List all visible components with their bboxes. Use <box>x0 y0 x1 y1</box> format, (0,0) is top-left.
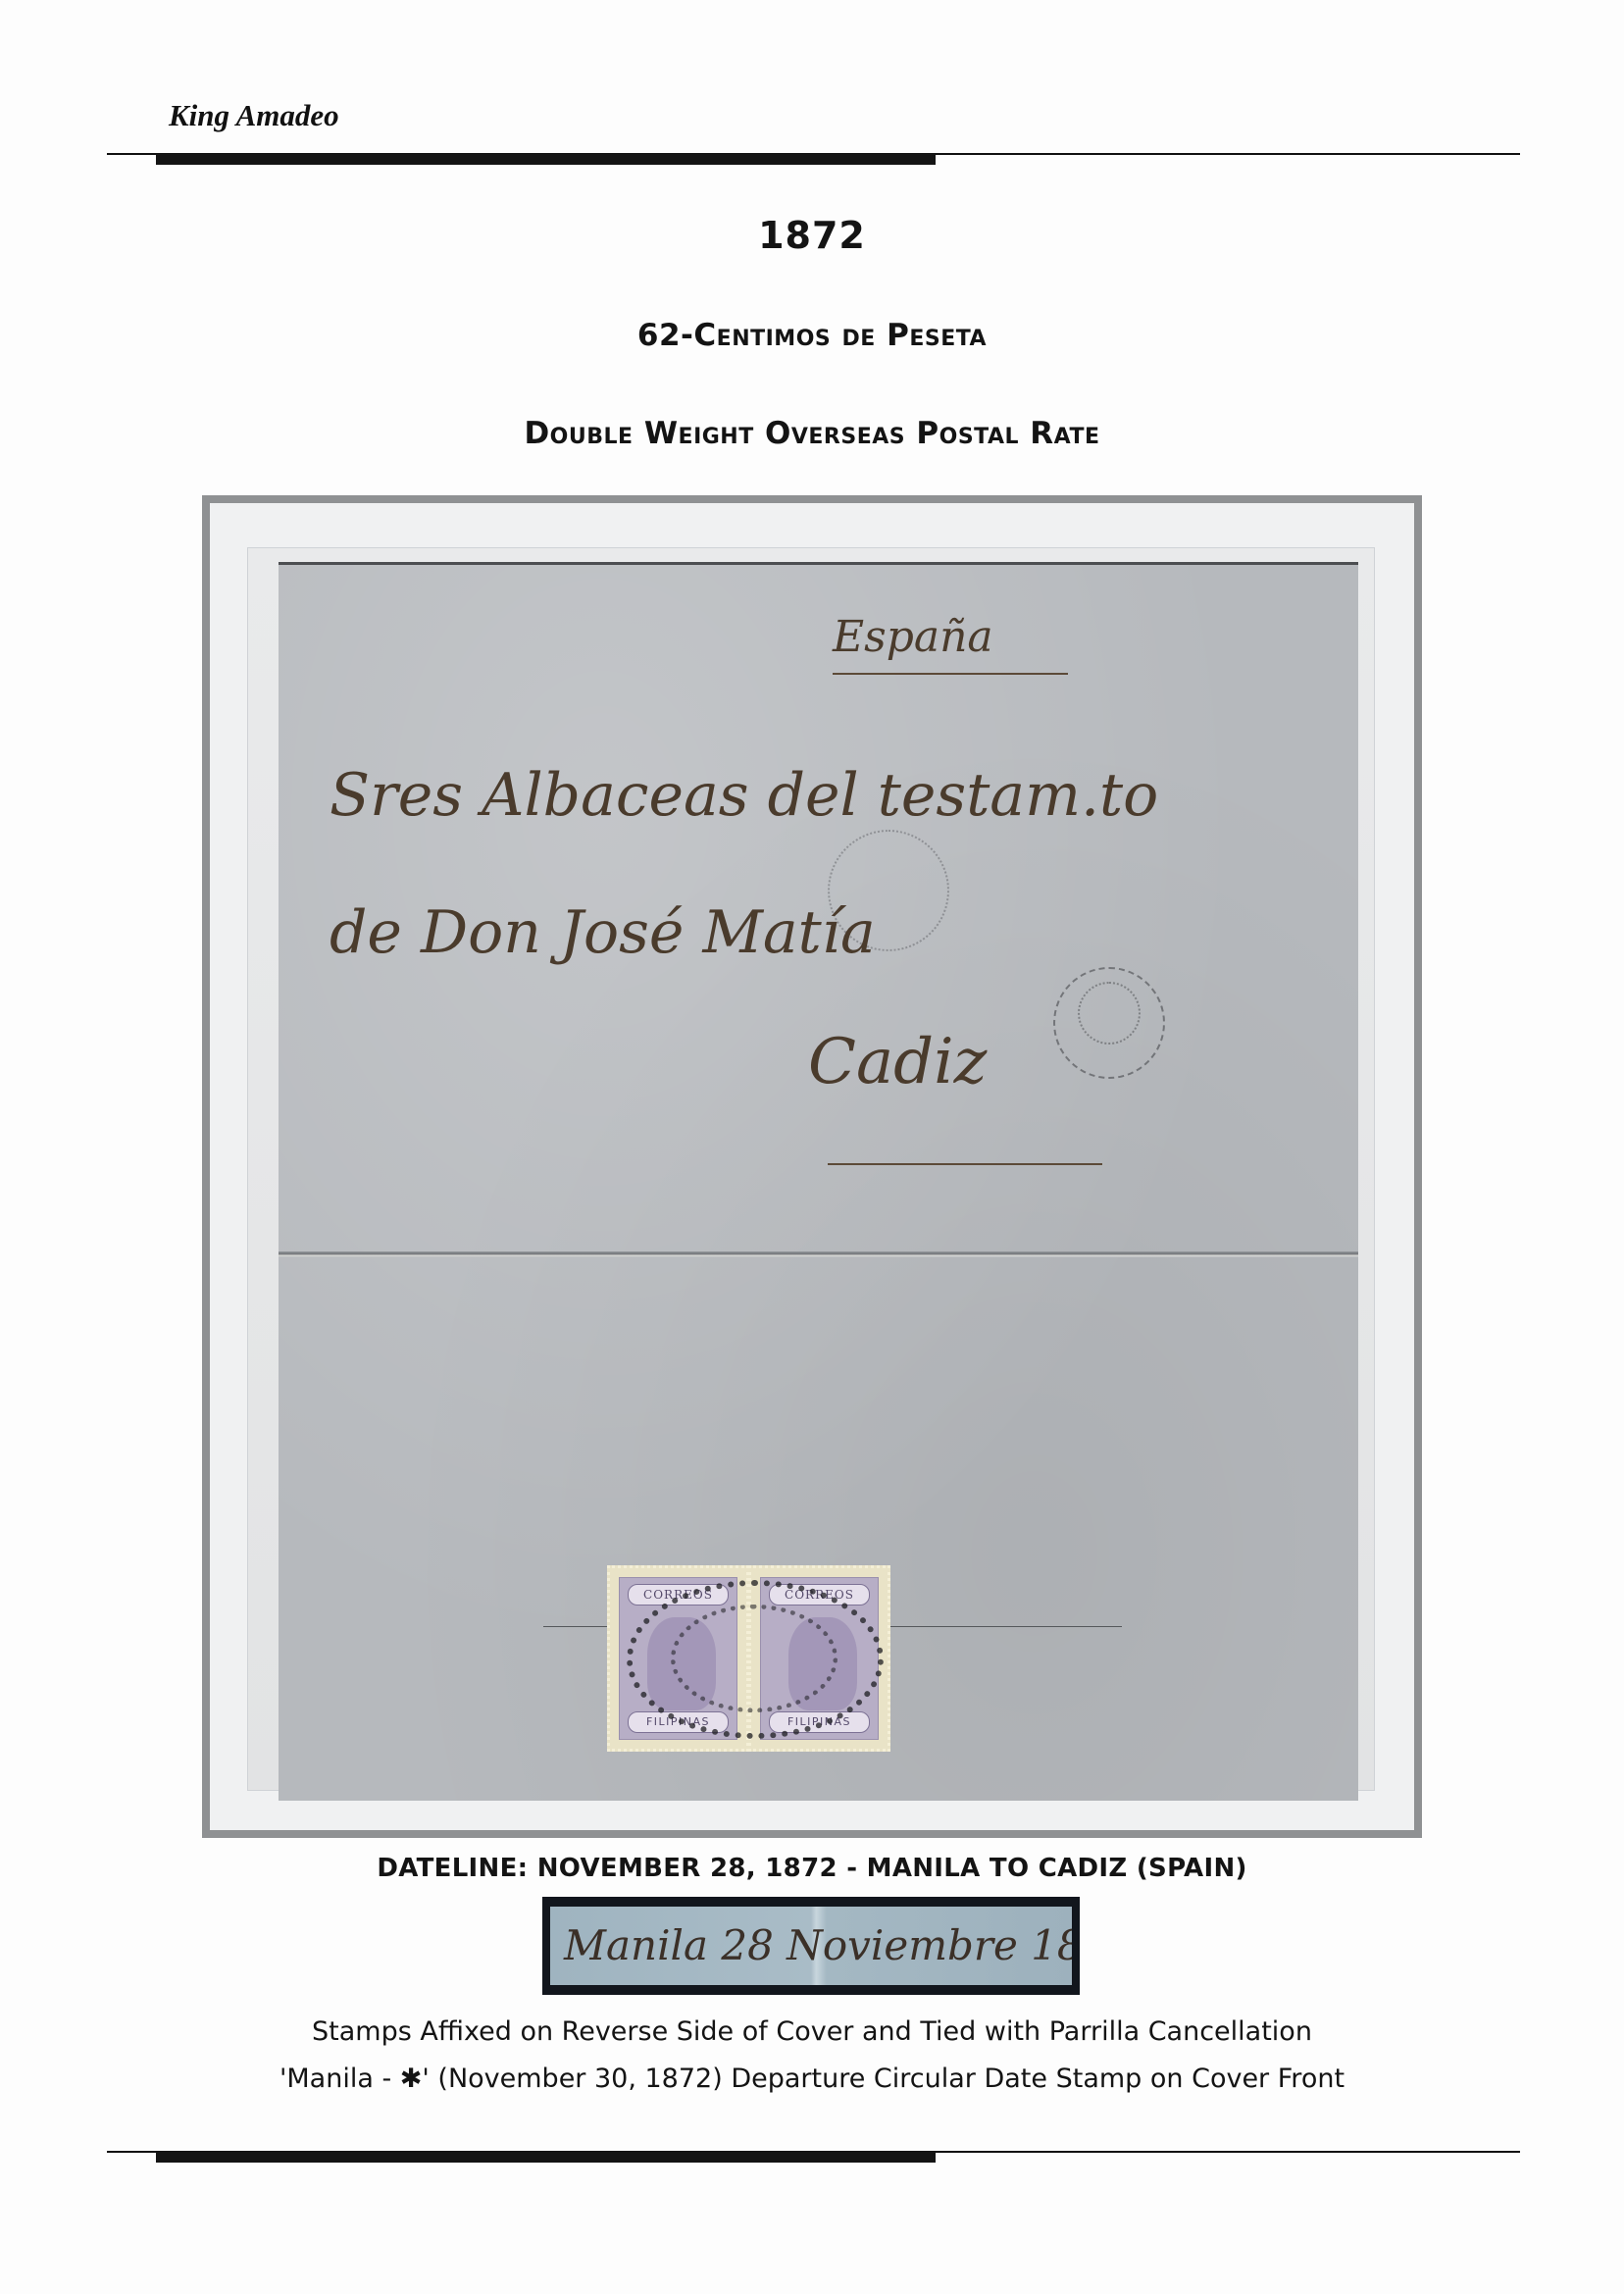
footer-divider <box>107 2151 1520 2165</box>
destination-country-handwriting: España <box>833 612 993 662</box>
address-line-2: de Don José Matía <box>330 898 876 967</box>
page-year-heading: 1872 <box>0 214 1624 257</box>
cover-mount-frame: España Sres Albaceas del testam.to de Do… <box>202 495 1422 1838</box>
divider-thick-bar <box>156 2152 936 2163</box>
dateline-handwriting: Manila 28 Noviembre 1872 <box>550 1907 1072 1985</box>
postal-rate-heading: Double Weight Overseas Postal Rate <box>0 416 1624 451</box>
mount-inner: España Sres Albaceas del testam.to de Do… <box>210 503 1414 1830</box>
caption-line-2: 'Manila - ✱' (November 30, 1872) Departu… <box>0 2064 1624 2094</box>
dateline-excerpt-paper: Manila 28 Noviembre 1872 <box>550 1907 1072 1985</box>
caption-line-1: Stamps Affixed on Reverse Side of Cover … <box>0 2016 1624 2047</box>
page-subtitle: 62-Centimos de Peseta <box>0 318 1624 353</box>
circular-date-stamp-inner-icon <box>1078 982 1141 1045</box>
dateline-excerpt: Manila 28 Noviembre 1872 <box>542 1897 1080 1995</box>
parrilla-cancellation-inner-icon <box>671 1605 837 1712</box>
address-line-1: Sres Albaceas del testam.to <box>330 761 1158 830</box>
postal-cover: España Sres Albaceas del testam.to de Do… <box>279 562 1358 1801</box>
divider-thick-bar <box>156 154 936 165</box>
address-line-3: Cadiz <box>808 1026 987 1098</box>
cover-fold-line <box>279 1251 1358 1257</box>
underline <box>828 1163 1102 1165</box>
page-header-title: King Amadeo <box>169 98 339 133</box>
header-divider <box>107 153 1520 167</box>
underline <box>833 673 1068 675</box>
dateline-heading: DATELINE: NOVEMBER 28, 1872 - MANILA TO … <box>0 1854 1624 1883</box>
